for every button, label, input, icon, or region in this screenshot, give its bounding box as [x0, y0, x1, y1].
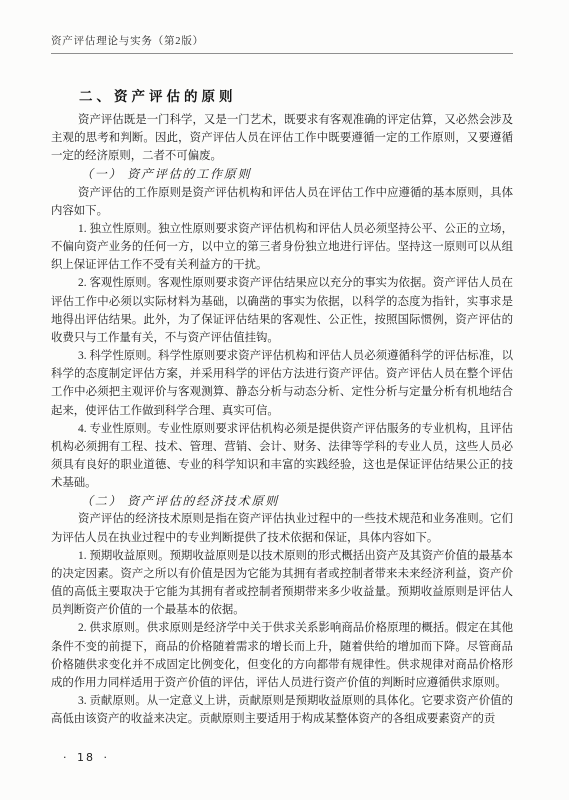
- subsection-heading: （一） 资产评估的工作原则: [51, 165, 513, 183]
- running-head: 资产评估理论与实务（第2版）: [51, 33, 513, 54]
- paragraph: 资产评估既是一门科学，又是一门艺术，既要求有客观准确的评定估算，又必然会涉及主观…: [51, 111, 513, 165]
- paragraph: 1. 独立性原则。独立性原则要求资产评估机构和评估人员必须坚持公平、公正的立场，…: [51, 220, 513, 274]
- page-number: · 18 ·: [63, 751, 109, 764]
- paragraph: 4. 专业性原则。专业性原则要求评估机构必须是提供资产评估服务的专业机构，且评估…: [51, 420, 513, 493]
- page-body: 资产评估既是一门科学，又是一门艺术，既要求有客观准确的评定估算，又必然会涉及主观…: [51, 111, 513, 728]
- paragraph: 3. 贡献原则。从一定意义上讲，贡献原则是预期收益原则的具体化。它要求资产价值的…: [51, 692, 513, 728]
- book-page: 资产评估理论与实务（第2版） 二、资产评估的原则 资产评估既是一门科学，又是一门…: [0, 0, 569, 800]
- running-head-title: 资产评估理论与实务（第2版）: [51, 36, 204, 47]
- paragraph: 资产评估的经济技术原则是指在资产评估执业过程中的一些技术规范和业务准则。它们为评…: [51, 510, 513, 546]
- paragraph: 资产评估的工作原则是资产评估机构和评估人员在评估工作中应遵循的基本原则，具体内容…: [51, 184, 513, 220]
- paragraph: 3. 科学性原则。科学性原则要求资产评估机构和评估人员必须遵循科学的评估标准，以…: [51, 347, 513, 420]
- paragraph: 2. 供求原则。供求原则是经济学中关于供求关系影响商品价格原理的概括。假定在其他…: [51, 619, 513, 692]
- section-title: 二、资产评估的原则: [51, 85, 513, 105]
- paragraph: 2. 客观性原则。客观性原则要求资产评估结果应以充分的事实为依据。资产评估人员在…: [51, 274, 513, 347]
- subsection-heading: （二） 资产评估的经济技术原则: [51, 492, 513, 510]
- paragraph: 1. 预期收益原则。预期收益原则是以技术原则的形式概括出资产及其资产价值的最基本…: [51, 547, 513, 620]
